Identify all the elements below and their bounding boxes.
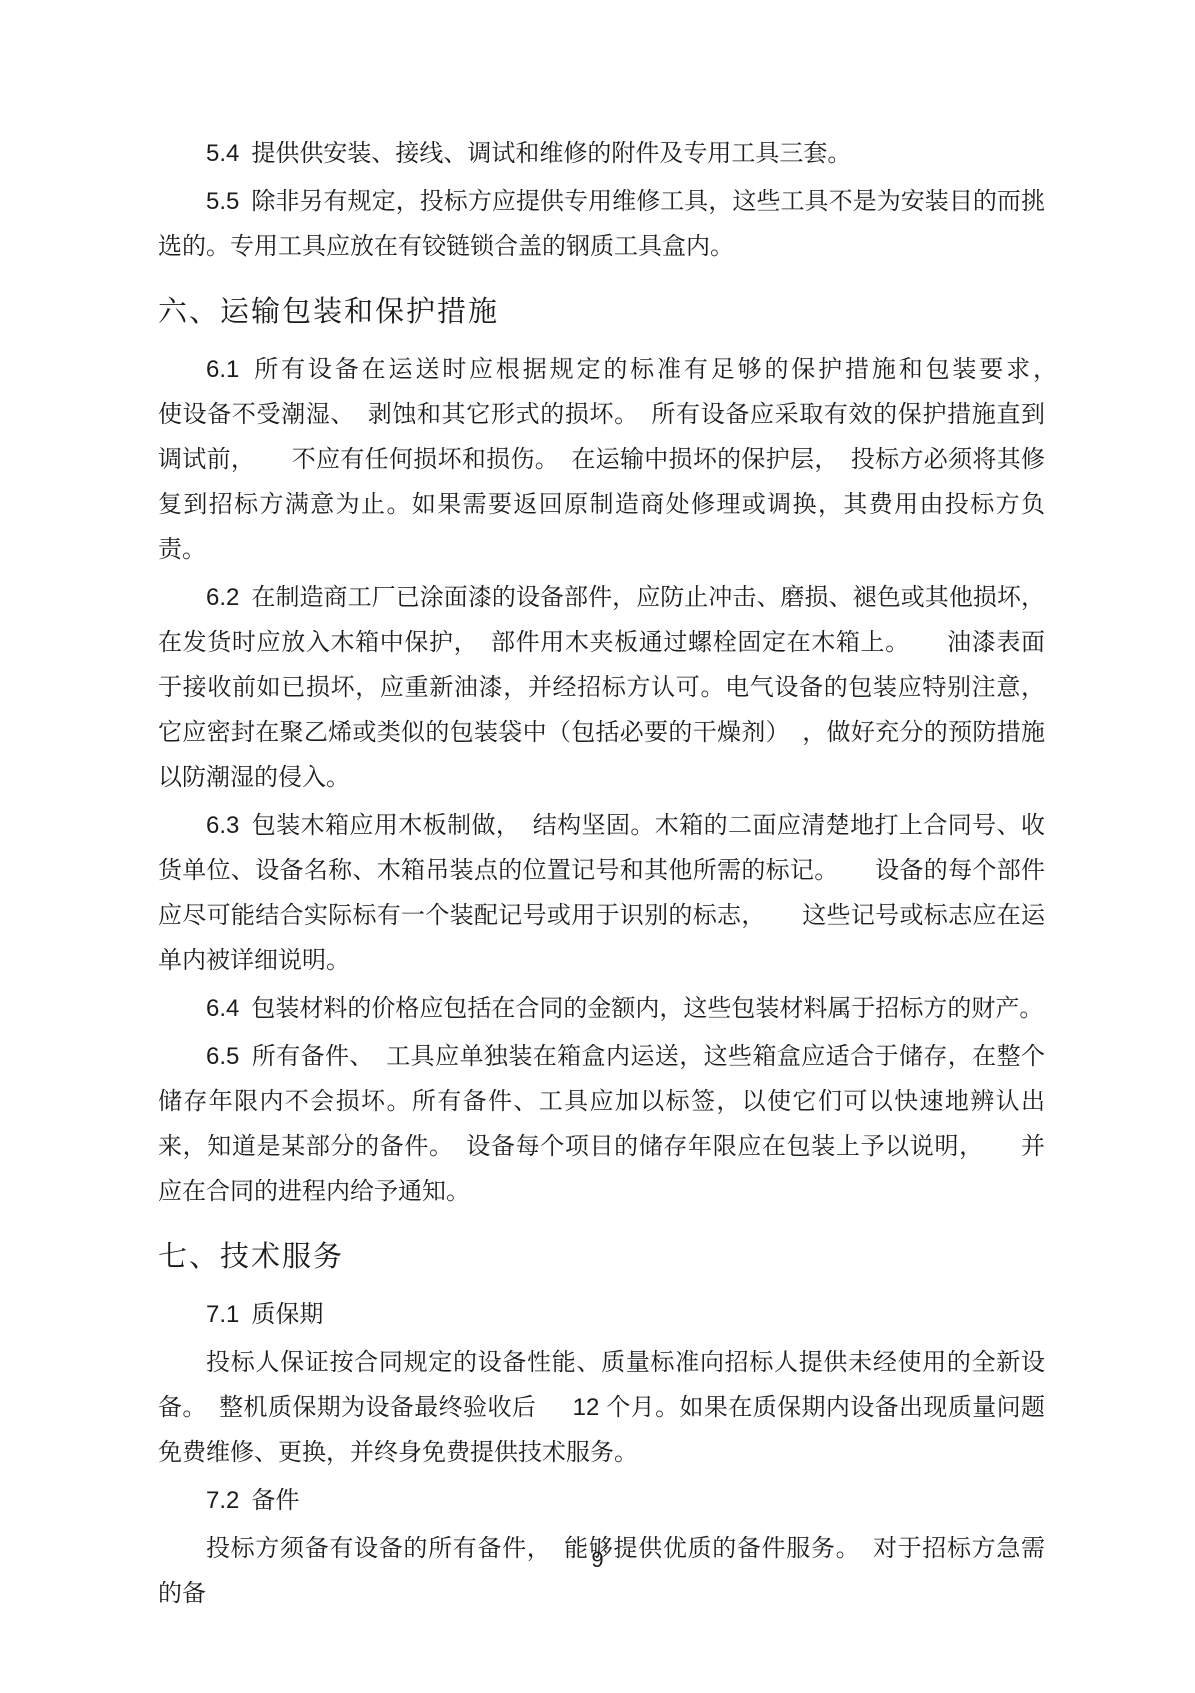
paragraph-5-4: 5.4 提供供安装、接线、调试和维修的附件及专用工具三套。 — [158, 131, 1045, 176]
paragraph-6-3: 6.3 包装木箱应用木板制做， 结构坚固。木箱的二面应清楚地打上合同号、收货单位… — [158, 803, 1045, 983]
section-heading-6: 六、运输包装和保护措施 — [158, 291, 1045, 333]
paragraph-7-1-body: 投标人保证按合同规定的设备性能、质量标准向招标人提供未经使用的全新设备。 整机质… — [158, 1340, 1045, 1475]
sub-heading-7-1: 7.1 质保期 — [158, 1292, 1045, 1337]
paragraph-6-5: 6.5 所有备件、 工具应单独装在箱盒内运送，这些箱盒应适合于储存，在整个储存年… — [158, 1034, 1045, 1214]
sub-heading-7-2: 7.2 备件 — [158, 1478, 1045, 1523]
paragraph-5-5: 5.5 除非另有规定，投标方应提供专用维修工具，这些工具不是为安装目的而挑选的。… — [158, 179, 1045, 269]
paragraph-6-2: 6.2 在制造商工厂已涂面漆的设备部件，应防止冲击、磨损、褪色或其他损坏，在发货… — [158, 575, 1045, 800]
page-number: 9 — [0, 1545, 1195, 1575]
document-page: 5.4 提供供安装、接线、调试和维修的附件及专用工具三套。 5.5 除非另有规定… — [0, 0, 1195, 1693]
section-heading-7: 七、技术服务 — [158, 1236, 1045, 1278]
paragraph-6-1: 6.1 所有设备在运送时应根据规定的标准有足够的保护措施和包装要求， 使设备不受… — [158, 347, 1045, 572]
paragraph-6-4: 6.4 包装材料的价格应包括在合同的金额内，这些包装材料属于招标方的财产。 — [158, 986, 1045, 1031]
